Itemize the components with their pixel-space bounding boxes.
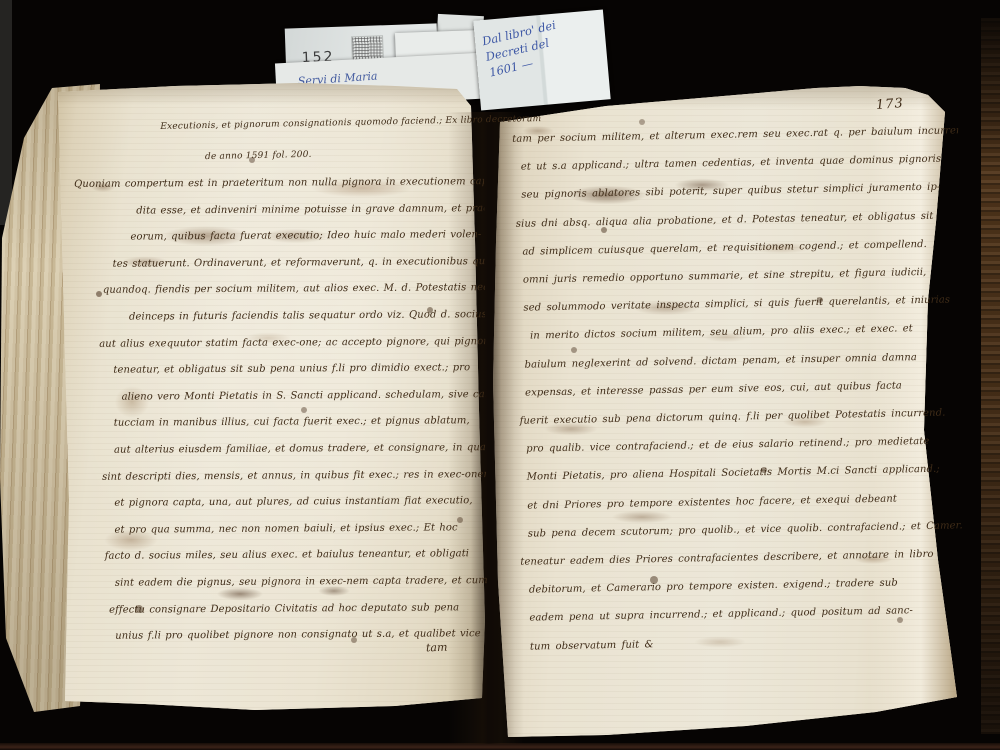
manuscript-line: aut alterius eiusdem familiae, et domus … (74, 435, 486, 464)
folio-number: 173 (876, 96, 905, 113)
book-fore-edge (981, 18, 1000, 734)
manuscript-photo: 152 Servi di Maria Dal libro' deiDecreti… (0, 0, 1000, 750)
source-note-text: Dal libro' deiDecreti del1601 — (481, 17, 565, 81)
manuscript-line: eorum, quibus facta fuerat executio; Ide… (72, 222, 484, 251)
manuscript-line: aut alius exequutor statim facta exec-on… (73, 329, 485, 358)
manuscript-line: teneatur, et obligatus sit sub pena uniu… (73, 355, 485, 384)
manuscript-line: alieno vero Monti Pietatis in S. Sancti … (73, 382, 485, 411)
source-note-slip: Dal libro' deiDecreti del1601 — (473, 10, 610, 111)
left-table-edge (0, 0, 12, 225)
manuscript-line: tucciam in manibus illius, cui facta fue… (74, 408, 486, 437)
manuscript-line: et pro qua summa, nec non nomen baiuli, … (74, 515, 486, 544)
manuscript-line: facto d. socius miles, seu alius exec. e… (75, 541, 487, 570)
manuscript-line: effectu consignare Depositario Civitatis… (75, 595, 487, 624)
manuscript-line: tes statuerunt. Ordinaverunt, et reforma… (73, 249, 485, 278)
left-page-heading: Executionis, et pignorum consignationis … (160, 105, 483, 174)
manuscript-line: quandoq. fiendis per socium militem, aut… (73, 275, 485, 304)
left-page-text: Quoniam compertum est in praeteritum non… (72, 169, 487, 651)
manuscript-line: sint eadem die pignus, seu pignora in ex… (75, 568, 487, 597)
manuscript-line: dita esse, et adinveniri minime potuisse… (72, 196, 484, 225)
bottom-table-edge (0, 743, 1000, 750)
manuscript-line: sint descripti dies, mensis, et annus, i… (74, 462, 486, 491)
manuscript-line: Quoniam compertum est in praeteritum non… (72, 169, 484, 198)
manuscript-line: deinceps in futuris faciendis talis sequ… (73, 302, 485, 331)
right-page-text: tam per socium militem, et alterum exec.… (504, 117, 968, 661)
manuscript-line: et pignora capta, una, aut plures, ad cu… (74, 488, 486, 517)
catchword: tam (426, 641, 448, 655)
